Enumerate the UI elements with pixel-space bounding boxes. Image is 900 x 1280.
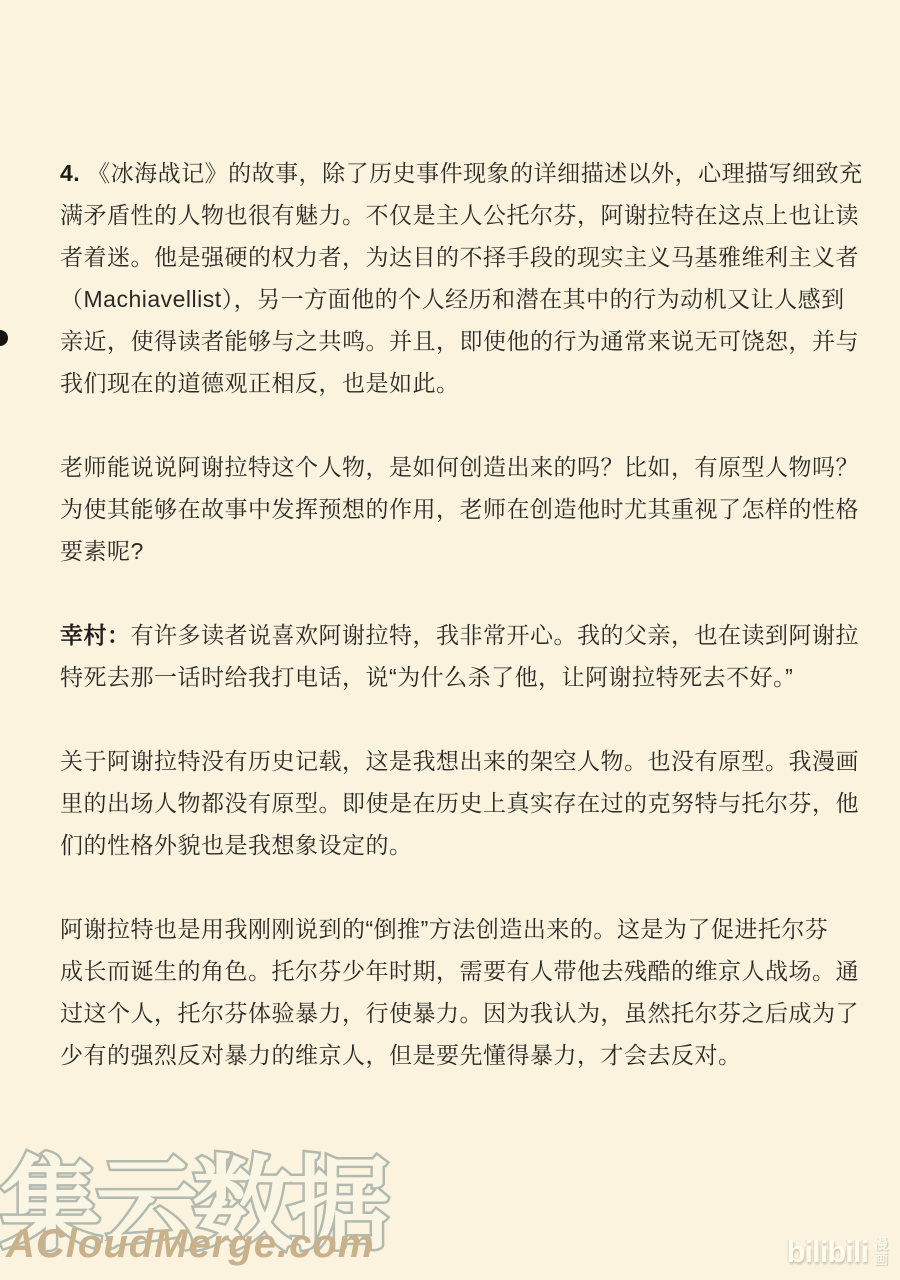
- paragraph-text: 有许多读者说喜欢阿谢拉特，我非常开心。我的父亲，也在读到阿谢拉 特死去那一话时给…: [60, 622, 859, 690]
- bilibili-wordmark: bilibili: [786, 1234, 868, 1270]
- paragraph-answer-origin: 关于阿谢拉特没有历史记载，这是我想出来的架空人物。也没有原型。我漫画 里的出场人…: [60, 740, 880, 866]
- paragraph-text: 《冰海战记》的故事，除了历史事件现象的详细描述以外，心理描写细致充 满矛盾性的人…: [60, 160, 863, 396]
- watermark-url: ACloudMerge.com: [6, 1222, 374, 1267]
- paragraph-question-detail: 老师能说说阿谢拉特这个人物，是如何创造出来的吗？比如，有原型人物吗？ 为使其能够…: [60, 446, 880, 572]
- paragraph-question-4: 4. 《冰海战记》的故事，除了历史事件现象的详细描述以外，心理描写细致充 满矛盾…: [60, 152, 880, 404]
- speaker-name: 幸村：: [60, 622, 131, 648]
- paragraph-answer-method: 阿谢拉特也是用我刚刚说到的“倒推”方法创造出来的。这是为了促进托尔芬 成长而诞生…: [60, 908, 880, 1076]
- interview-text-block: 4. 《冰海战记》的故事，除了历史事件现象的详细描述以外，心理描写细致充 满矛盾…: [60, 152, 880, 1118]
- paragraph-number: 4.: [60, 160, 80, 186]
- manga-label-bottom: 画: [874, 1252, 888, 1267]
- manga-page: { "page": { "background_color": "#FBF3DE…: [0, 0, 900, 1280]
- paragraph-text: 老师能说说阿谢拉特这个人物，是如何创造出来的吗？比如，有原型人物吗？ 为使其能够…: [60, 454, 859, 564]
- paragraph-text: 阿谢拉特也是用我刚刚说到的“倒推”方法创造出来的。这是为了促进托尔芬 成长而诞生…: [60, 916, 859, 1068]
- page-edge-dot: [0, 330, 8, 346]
- bilibili-manga-logo: bilibili 漫 画: [786, 1234, 888, 1270]
- paragraph-answer-yukimura: 幸村：有许多读者说喜欢阿谢拉特，我非常开心。我的父亲，也在读到阿谢拉 特死去那一…: [60, 614, 880, 698]
- manga-label: 漫 画: [874, 1237, 888, 1267]
- manga-label-top: 漫: [874, 1237, 888, 1252]
- paragraph-text: 关于阿谢拉特没有历史记载，这是我想出来的架空人物。也没有原型。我漫画 里的出场人…: [60, 748, 859, 858]
